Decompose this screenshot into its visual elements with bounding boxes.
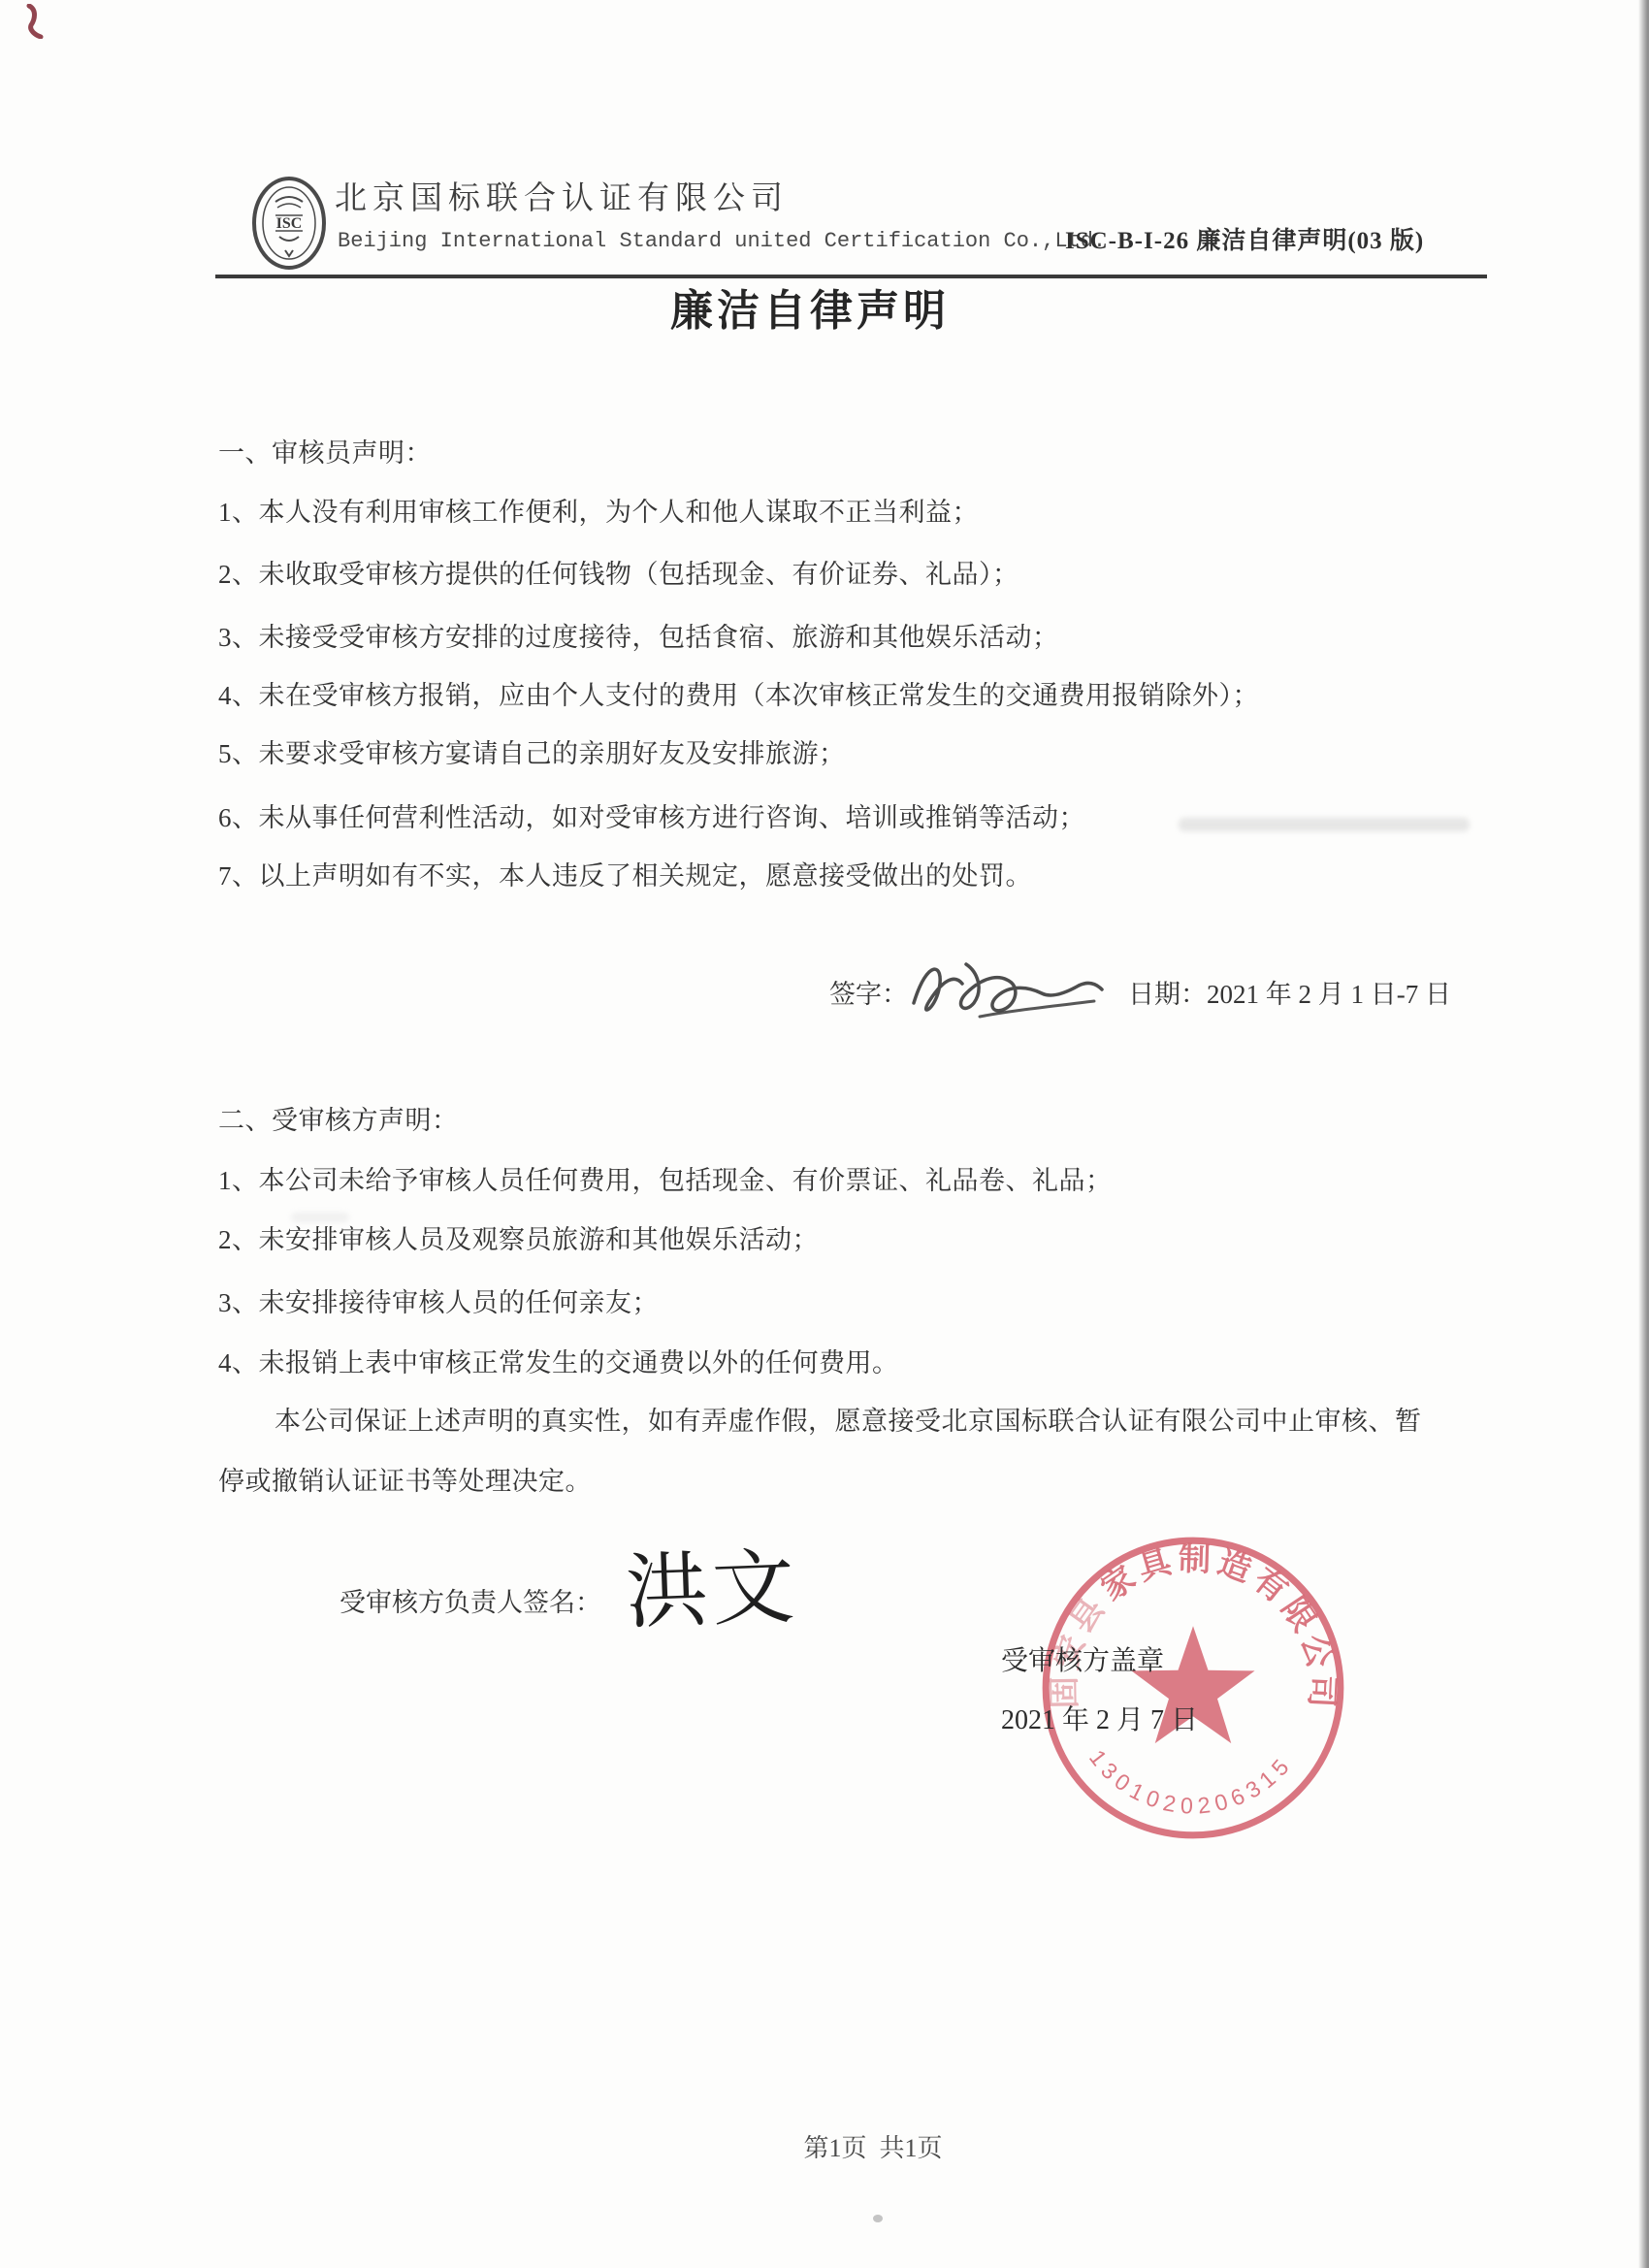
seal-serial-number: 1301020206315 (1084, 1745, 1298, 1819)
section2-item: 1、本公司未给予审核人员任何费用，包括现金、有价票证、礼品卷、礼品； (218, 1165, 1113, 1196)
rep-sign-label: 受审核方负责人签名： (339, 1587, 601, 1618)
scanned-document-page: ISC 北京国标联合认证有限公司 Beijing International S… (0, 0, 1649, 2268)
stamp-date: 2021 年 2 月 7 日 (1001, 1704, 1198, 1737)
isc-logo-text: ISC (276, 215, 303, 232)
document-code: ISC-B-I-26 廉洁自律声明(03 版) (1065, 227, 1424, 256)
pledge-paragraph-line1: 本公司保证上述声明的真实性，如有弄虚作假，愿意接受北京国标联合认证有限公司中止审… (275, 1406, 1422, 1437)
company-name-en: Beijing International Standard united Ce… (338, 229, 1106, 254)
scan-smudge (291, 1213, 349, 1222)
isc-logo: ISC (250, 175, 328, 272)
auditor-sign-label: 签字： (829, 979, 908, 1010)
section2-heading: 二、受审核方声明： (218, 1105, 459, 1136)
svg-text:1301020206315: 1301020206315 (1084, 1745, 1298, 1819)
section1-heading: 一、审核员声明： (218, 437, 432, 469)
section2-item: 2、未安排审核人员及观察员旅游和其他娱乐活动； (218, 1224, 819, 1255)
section1-item: 4、未在受审核方报销，应由个人支付的费用（本次审核正常发生的交通费用报销除外）； (218, 680, 1259, 711)
section1-item: 3、未接受受审核方安排的过度接待，包括食宿、旅游和其他娱乐活动； (218, 622, 1059, 653)
auditor-date: 日期：2021 年 2 月 1 日-7 日 (1128, 979, 1451, 1010)
section2-item: 4、未报销上表中审核正常发生的交通费以外的任何费用。 (218, 1347, 899, 1378)
auditor-handwritten-signature (902, 943, 1135, 1035)
header-divider (215, 275, 1487, 278)
pledge-paragraph-line2: 停或撤销认证证书等处理决定。 (218, 1466, 592, 1497)
section1-item: 7、以上声明如有不实，本人违反了相关规定，愿意接受做出的处罚。 (218, 860, 1032, 891)
scan-speck (873, 2215, 883, 2222)
section2-item: 3、未安排接待审核人员的任何亲友； (218, 1287, 659, 1318)
company-seal-stamp: 固安县 家具制造有限公司 1301020206315 (1031, 1526, 1355, 1850)
page-number: 第1页 共1页 (97, 2133, 1649, 2163)
scan-bleedthrough-smudge (1179, 818, 1470, 831)
scan-edge-shadow (1638, 0, 1649, 2268)
company-name-cn: 北京国标联合认证有限公司 (335, 180, 789, 219)
section1-item: 1、本人没有利用审核工作便利，为个人和他人谋取不正当利益； (218, 497, 979, 528)
rep-handwritten-signature: 洪文 (625, 1547, 800, 1636)
section1-item: 2、未收取受审核方提供的任何钱物（包括现金、有价证券、礼品）； (218, 559, 1019, 590)
document-title: 廉洁自律声明 (218, 286, 1402, 338)
section1-item: 6、未从事任何营利性活动，如对受审核方进行咨询、培训或推销等活动； (218, 802, 1085, 833)
section1-item: 5、未要求受审核方宴请自己的亲朋好友及安排旅游； (218, 738, 846, 769)
stamp-label: 受审核方盖章 (1001, 1645, 1164, 1678)
scan-corner-mark (25, 4, 47, 39)
